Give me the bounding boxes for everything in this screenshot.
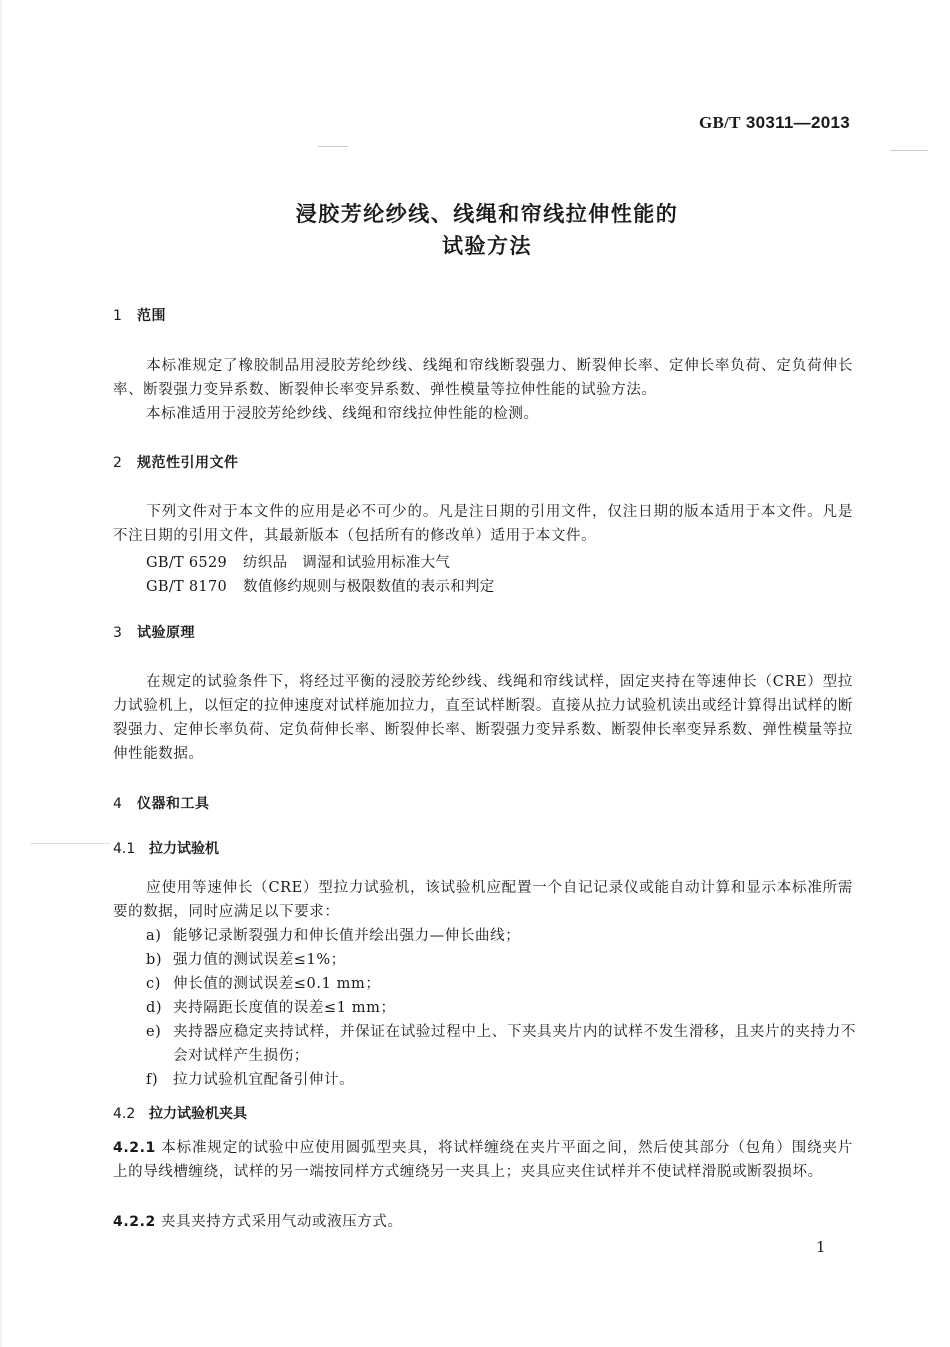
- item-label: d): [146, 996, 162, 1020]
- standard-prefix: GB/T: [699, 113, 741, 132]
- section-title: 规范性引用文件: [137, 455, 239, 471]
- item-text: 夹持隔距长度值的误差≤1 mm；: [173, 996, 856, 1020]
- paragraph-text: 在规定的试验条件下，将经过平衡的浸胶芳纶纱线、线绳和帘线试样，固定夹持在等速伸长…: [113, 674, 853, 762]
- subsection-title: 拉力试验机: [149, 841, 219, 857]
- item-text: 能够记录断裂强力和伸长值并绘出强力—伸长曲线；: [173, 924, 856, 948]
- reference-item: GB/T 6529纺织品 调湿和试验用标准大气: [146, 551, 450, 572]
- item-label: e): [146, 1020, 161, 1044]
- document-title-line-1: 浸胶芳纶纱线、线绳和帘线拉伸性能的: [12, 198, 950, 228]
- scan-speck: [30, 843, 110, 844]
- requirement-item-d: d) 夹持隔距长度值的误差≤1 mm；: [146, 996, 856, 1020]
- item-text: 强力值的测试误差≤1%；: [173, 948, 856, 972]
- paragraph-text: 本标准适用于浸胶芳纶纱线、线绳和帘线拉伸性能的检测。: [146, 406, 539, 422]
- paragraph-text: 下列文件对于本文件的应用是必不可少的。凡是注日期的引用文件，仅注日期的版本适用于…: [113, 504, 853, 544]
- paragraph-text: 本标准规定了橡胶制品用浸胶芳纶纱线、线绳和帘线断裂强力、断裂伸长率、定伸长率负荷…: [113, 358, 853, 398]
- item-label: b): [146, 948, 162, 972]
- page-number: 1: [816, 1238, 826, 1256]
- scope-paragraph-1: 本标准规定了橡胶制品用浸胶芳纶纱线、线绳和帘线断裂强力、断裂伸长率、定伸长率负荷…: [113, 354, 853, 402]
- section-title: 仪器和工具: [137, 796, 210, 812]
- tensile-tester-paragraph: 应使用等速伸长（CRE）型拉力试验机，该试验机应配置一个自记记录仪或能自动计算和…: [113, 876, 853, 924]
- subsection-number: 4.2: [113, 1106, 149, 1122]
- requirement-item-f: f) 拉力试验机宜配备引伸计。: [146, 1068, 856, 1092]
- section-heading-test-principle: 3试验原理: [113, 622, 195, 642]
- scan-speck: [890, 150, 928, 151]
- reference-code: GB/T 8170: [146, 579, 243, 595]
- standard-code: GB/T 30311—2013: [699, 113, 850, 133]
- reference-code: GB/T 6529: [146, 555, 243, 571]
- clause-4-2-2: 4.2.2夹具夹持方式采用气动或液压方式。: [113, 1210, 853, 1234]
- subsection-heading-clamps: 4.2拉力试验机夹具: [113, 1103, 247, 1123]
- paragraph-text: 应使用等速伸长（CRE）型拉力试验机，该试验机应配置一个自记记录仪或能自动计算和…: [113, 880, 853, 920]
- subsection-heading-tensile-tester: 4.1拉力试验机: [113, 838, 219, 858]
- requirement-item-a: a) 能够记录断裂强力和伸长值并绘出强力—伸长曲线；: [146, 924, 856, 948]
- section-number: 2: [113, 455, 137, 471]
- item-text: 夹持器应稳定夹持试样，并保证在试验过程中上、下夹具夹片内的试样不发生滑移，且夹片…: [173, 1020, 856, 1068]
- section-heading-scope: 1范围: [113, 305, 166, 325]
- document-page: GB/T 30311—2013 浸胶芳纶纱线、线绳和帘线拉伸性能的 试验方法 1…: [0, 0, 950, 1347]
- clause-text: 本标准规定的试验中应使用圆弧型夹具，将试样缠绕在夹片平面之间，然后使其部分（包角…: [113, 1140, 853, 1180]
- item-label: a): [146, 924, 162, 948]
- section-number: 4: [113, 796, 137, 812]
- document-title-line-2: 试验方法: [12, 230, 950, 260]
- section-heading-normative-references: 2规范性引用文件: [113, 452, 239, 472]
- reference-item: GB/T 8170数值修约规则与极限数值的表示和判定: [146, 575, 495, 596]
- section-number: 3: [113, 625, 137, 641]
- clause-number: 4.2.1: [113, 1136, 161, 1160]
- section-title: 试验原理: [137, 625, 195, 641]
- subsection-title: 拉力试验机夹具: [149, 1106, 247, 1122]
- item-text: 拉力试验机宜配备引伸计。: [173, 1068, 856, 1092]
- subsection-number: 4.1: [113, 841, 149, 857]
- section-number: 1: [113, 308, 137, 324]
- requirement-item-e: e) 夹持器应稳定夹持试样，并保证在试验过程中上、下夹具夹片内的试样不发生滑移，…: [146, 1020, 856, 1068]
- scan-edge-left: [0, 0, 2, 1347]
- item-text: 伸长值的测试误差≤0.1 mm；: [173, 972, 856, 996]
- section-title: 范围: [137, 308, 166, 324]
- references-paragraph: 下列文件对于本文件的应用是必不可少的。凡是注日期的引用文件，仅注日期的版本适用于…: [113, 500, 853, 548]
- reference-title: 数值修约规则与极限数值的表示和判定: [243, 579, 495, 595]
- scan-speck: [318, 146, 348, 147]
- requirement-item-c: c) 伸长值的测试误差≤0.1 mm；: [146, 972, 856, 996]
- clause-text: 夹具夹持方式采用气动或液压方式。: [161, 1214, 403, 1230]
- item-label: f): [146, 1068, 158, 1092]
- reference-title: 纺织品 调湿和试验用标准大气: [243, 555, 450, 571]
- principle-paragraph: 在规定的试验条件下，将经过平衡的浸胶芳纶纱线、线绳和帘线试样，固定夹持在等速伸长…: [113, 670, 853, 766]
- standard-number: 30311—2013: [746, 113, 850, 132]
- item-label: c): [146, 972, 161, 996]
- clause-4-2-1: 4.2.1本标准规定的试验中应使用圆弧型夹具，将试样缠绕在夹片平面之间，然后使其…: [113, 1136, 853, 1184]
- requirement-item-b: b) 强力值的测试误差≤1%；: [146, 948, 856, 972]
- scope-paragraph-2: 本标准适用于浸胶芳纶纱线、线绳和帘线拉伸性能的检测。: [113, 402, 853, 426]
- clause-number: 4.2.2: [113, 1210, 161, 1234]
- section-heading-apparatus: 4仪器和工具: [113, 793, 210, 813]
